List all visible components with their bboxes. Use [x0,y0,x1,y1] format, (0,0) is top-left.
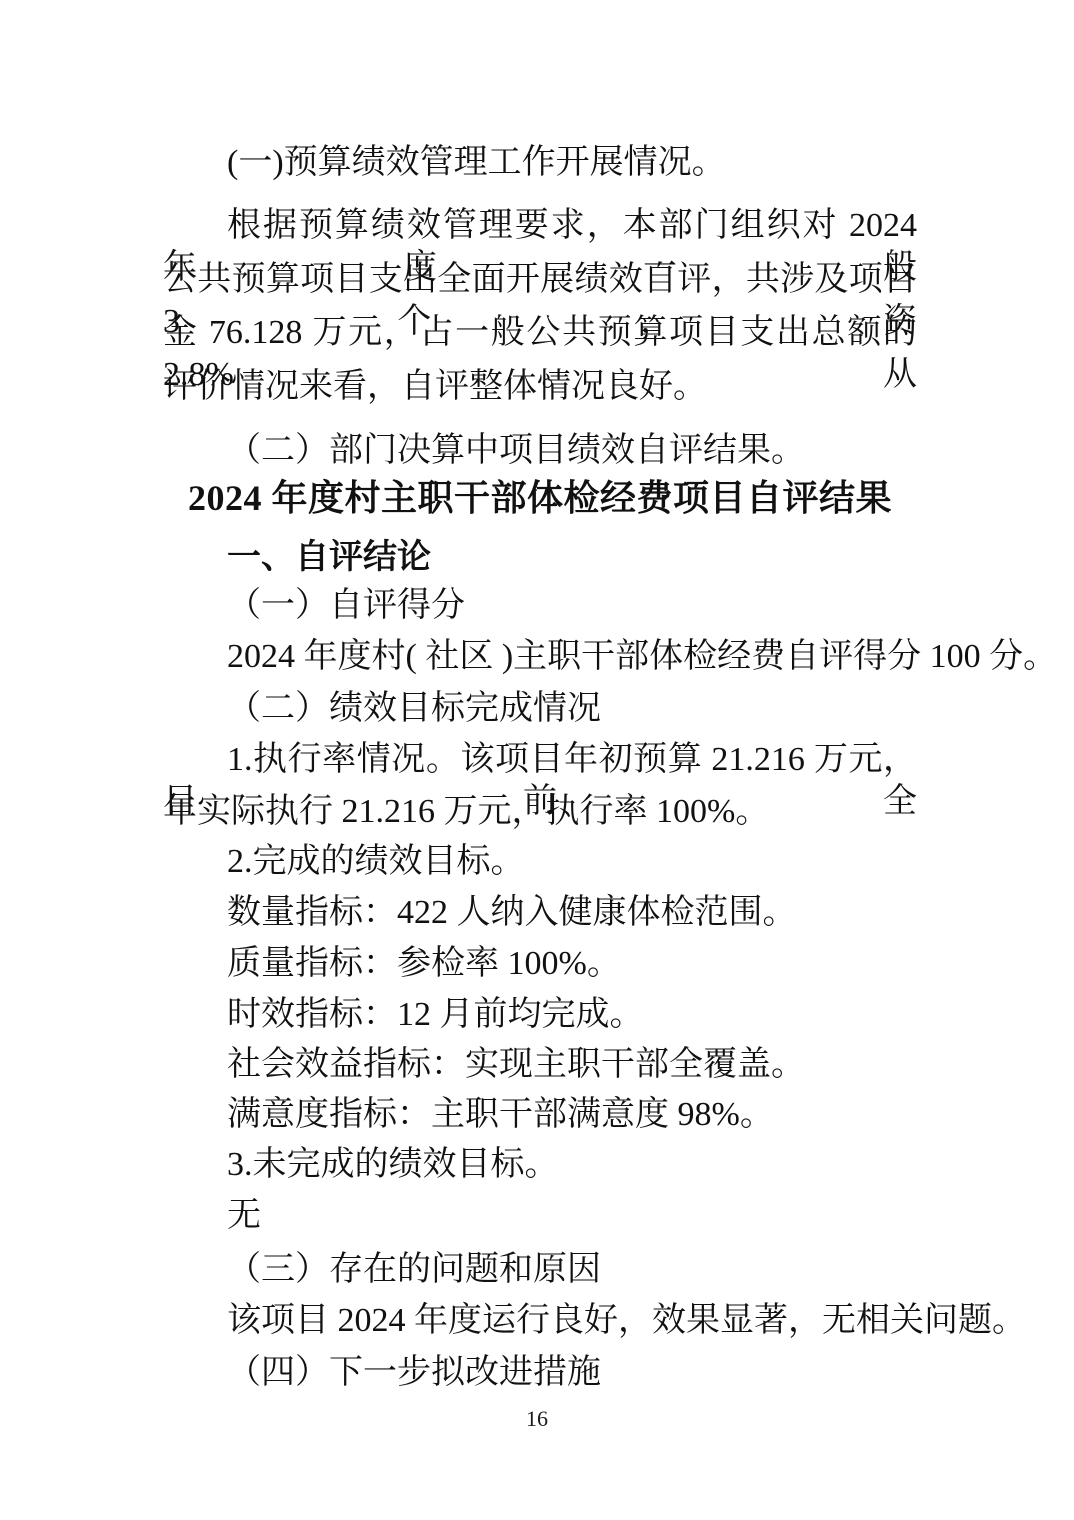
paragraph-problems-none: 该项目 2024 年度运行良好，效果显著，无相关问题。 [163,1300,981,1342]
indicator-timeliness: 时效指标：12 月前均完成。 [163,994,981,1036]
indicator-social-benefit: 社会效益指标：实现主职干部全覆盖。 [163,1044,981,1086]
paragraph-score-value: 2024 年度村( 社区 )主职干部体检经费自评得分 100 分。 [163,636,981,678]
heading-project-self-eval-results: （二）部门决算中项目绩效自评结果。 [163,430,981,472]
indicator-quality: 质量指标：参检率 100%。 [163,943,981,985]
subheading-goal-completion: （二）绩效目标完成情况 [163,688,981,730]
page-number: 16 [0,1406,1074,1432]
indicator-satisfaction: 满意度指标：主职干部满意度 98%。 [163,1094,981,1136]
project-title: 2024 年度村主职干部体检经费项目自评结果 [163,477,917,519]
subheading-improvement-measures: （四）下一步拟改进措施 [163,1352,981,1394]
subheading-self-eval-score: （一）自评得分 [163,585,981,627]
section-1-heading: 一、自评结论 [163,536,981,578]
indicator-quantity: 数量指标：422 人纳入健康体检范围。 [163,892,981,934]
paragraph-none: 无 [163,1195,981,1237]
document-page: (一)预算绩效管理工作开展情况。 根据预算绩效管理要求，本部门组织对 2024 … [0,0,1074,1520]
subheading-problems-and-causes: （三）存在的问题和原因 [163,1249,981,1291]
paragraph-uncompleted-goals: 3.未完成的绩效目标。 [163,1144,981,1186]
paragraph-self-eval-line-4: 评价情况来看，自评整体情况良好。 [163,366,917,408]
heading-budget-performance-work: (一)预算绩效管理工作开展情况。 [163,142,981,184]
paragraph-completed-goals: 2.完成的绩效目标。 [163,841,981,883]
paragraph-execution-rate-line-2: 年实际执行 21.216 万元，执行率 100%。 [163,791,917,833]
